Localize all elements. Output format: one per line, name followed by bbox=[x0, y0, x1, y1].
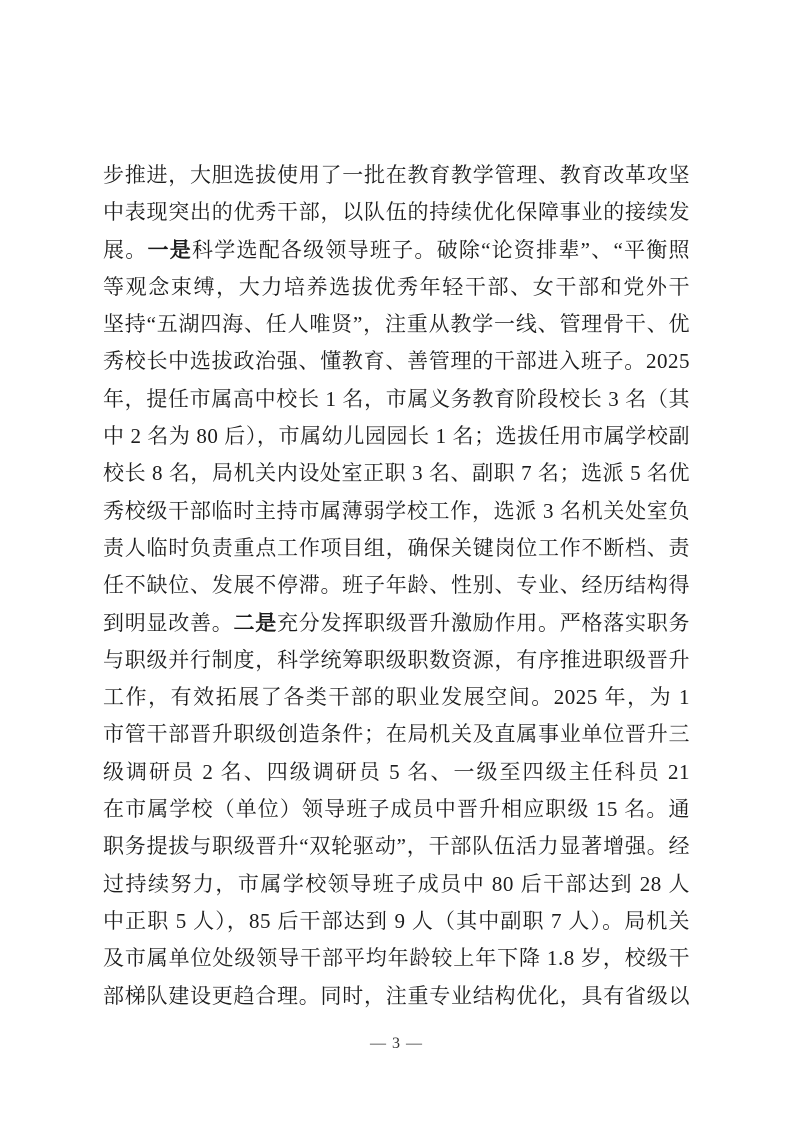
bold-text-run: 一是 bbox=[147, 238, 191, 262]
text-run: 在市属学校（单位）领导班子成员中晋升相应职级 15 名。通过 bbox=[103, 797, 690, 828]
document-page: 步推进，大胆选拔使用了一批在教育教学管理、教育改革攻坚中表现突出的优秀干部，以队… bbox=[0, 0, 793, 1122]
text-run: 到明显改善。 bbox=[103, 611, 234, 635]
text-line: 中正职 5 人），85 后干部达到 9 人（其中副职 7 人）。局机关 bbox=[103, 903, 690, 940]
text-line: 责人临时负责重点工作项目组，确保关键岗位工作不断档、责 bbox=[103, 530, 690, 567]
text-run: 等观念束缚，大力培养选拔优秀年轻干部、女干部和党外干部。 bbox=[103, 275, 690, 306]
text-line: 到明显改善。二是充分发挥职级晋升激励作用。严格落实职务 bbox=[103, 605, 690, 642]
text-run: 责人临时负责重点工作项目组，确保关键岗位工作不断档、责 bbox=[103, 536, 690, 560]
text-line: 过持续努力，市属学校领导班子成员中 80 后干部达到 28 人（其 bbox=[103, 866, 690, 903]
text-run: 年，提任市属高中校长 1 名，市属义务教育阶段校长 3 名（其 bbox=[103, 387, 690, 411]
text-run: 步推进，大胆选拔使用了一批在教育教学管理、教育改革攻坚 bbox=[103, 163, 690, 187]
document-body: 步推进，大胆选拔使用了一批在教育教学管理、教育改革攻坚中表现突出的优秀干部，以队… bbox=[103, 157, 690, 1015]
text-line: 与职级并行制度，科学统筹职级职数资源，有序推进职级晋升 bbox=[103, 642, 690, 679]
text-run: 展。 bbox=[103, 238, 147, 262]
text-line: 级调研员 2 名、四级调研员 5 名、一级至四级主任科员 21 名； bbox=[103, 754, 690, 791]
text-run: 中表现突出的优秀干部，以队伍的持续优化保障事业的接续发 bbox=[103, 200, 690, 224]
text-line: 秀校长中选拔政治强、懂教育、善管理的干部进入班子。2025 bbox=[103, 343, 690, 380]
text-line: 步推进，大胆选拔使用了一批在教育教学管理、教育改革攻坚 bbox=[103, 157, 690, 194]
text-run: 级调研员 2 名、四级调研员 5 名、一级至四级主任科员 21 名； bbox=[103, 760, 690, 791]
text-run: 校长 8 名，局机关内设处室正职 3 名、副职 7 名；选派 5 名优 bbox=[103, 461, 690, 485]
page-number: — 3 — bbox=[0, 1033, 793, 1055]
text-run: 秀校级干部临时主持市属薄弱学校工作，选派 3 名机关处室负 bbox=[103, 499, 690, 523]
text-run: 科学选配各级领导班子。破除“论资排辈”、“平衡照顾” bbox=[103, 238, 690, 269]
text-line: 中 2 名为 80 后），市属幼儿园园长 1 名；选拔任用市属学校副 bbox=[103, 418, 690, 455]
text-run: 工作，有效拓展了各类干部的职业发展空间。2025 年，为 1 名 bbox=[103, 685, 690, 716]
text-run: 市管干部晋升职级创造条件；在局机关及直属事业单位晋升三 bbox=[103, 722, 690, 746]
text-run: 过持续努力，市属学校领导班子成员中 80 后干部达到 28 人（其 bbox=[103, 872, 690, 903]
text-run: 部梯队建设更趋合理。同时，注重专业结构优化，具有省级以 bbox=[103, 984, 690, 1008]
text-run: 中 2 名为 80 后），市属幼儿园园长 1 名；选拔任用市属学校副 bbox=[103, 424, 690, 448]
text-line: 任不缺位、发展不停滞。班子年龄、性别、专业、经历结构得 bbox=[103, 567, 690, 604]
text-line: 在市属学校（单位）领导班子成员中晋升相应职级 15 名。通过 bbox=[103, 791, 690, 828]
text-line: 等观念束缚，大力培养选拔优秀年轻干部、女干部和党外干部。 bbox=[103, 269, 690, 306]
text-run: 坚持“五湖四海、任人唯贤”，注重从教学一线、管理骨干、优 bbox=[103, 312, 690, 336]
text-line: 校长 8 名，局机关内设处室正职 3 名、副职 7 名；选派 5 名优 bbox=[103, 455, 690, 492]
text-line: 年，提任市属高中校长 1 名，市属义务教育阶段校长 3 名（其 bbox=[103, 381, 690, 418]
text-line: 工作，有效拓展了各类干部的职业发展空间。2025 年，为 1 名 bbox=[103, 679, 690, 716]
text-line: 市管干部晋升职级创造条件；在局机关及直属事业单位晋升三 bbox=[103, 716, 690, 753]
text-run: 与职级并行制度，科学统筹职级职数资源，有序推进职级晋升 bbox=[103, 648, 690, 672]
text-run: 及市属单位处级领导干部平均年龄较上年下降 1.8 岁，校级干 bbox=[103, 946, 690, 970]
text-line: 坚持“五湖四海、任人唯贤”，注重从教学一线、管理骨干、优 bbox=[103, 306, 690, 343]
text-run: 充分发挥职级晋升激励作用。严格落实职务 bbox=[277, 611, 690, 635]
text-run: 职务提拔与职级晋升“双轮驱动”，干部队伍活力显著增强。经 bbox=[103, 834, 690, 858]
text-run: 任不缺位、发展不停滞。班子年龄、性别、专业、经历结构得 bbox=[103, 573, 690, 597]
text-line: 及市属单位处级领导干部平均年龄较上年下降 1.8 岁，校级干 bbox=[103, 940, 690, 977]
text-line: 秀校级干部临时主持市属薄弱学校工作，选派 3 名机关处室负 bbox=[103, 493, 690, 530]
bold-text-run: 二是 bbox=[234, 611, 278, 635]
text-run: 中正职 5 人），85 后干部达到 9 人（其中副职 7 人）。局机关 bbox=[103, 909, 690, 933]
text-line: 部梯队建设更趋合理。同时，注重专业结构优化，具有省级以 bbox=[103, 978, 690, 1015]
text-line: 职务提拔与职级晋升“双轮驱动”，干部队伍活力显著增强。经 bbox=[103, 828, 690, 865]
text-run: 秀校长中选拔政治强、懂教育、善管理的干部进入班子。2025 bbox=[103, 349, 690, 373]
text-line: 展。一是科学选配各级领导班子。破除“论资排辈”、“平衡照顾” bbox=[103, 232, 690, 269]
text-line: 中表现突出的优秀干部，以队伍的持续优化保障事业的接续发 bbox=[103, 194, 690, 231]
